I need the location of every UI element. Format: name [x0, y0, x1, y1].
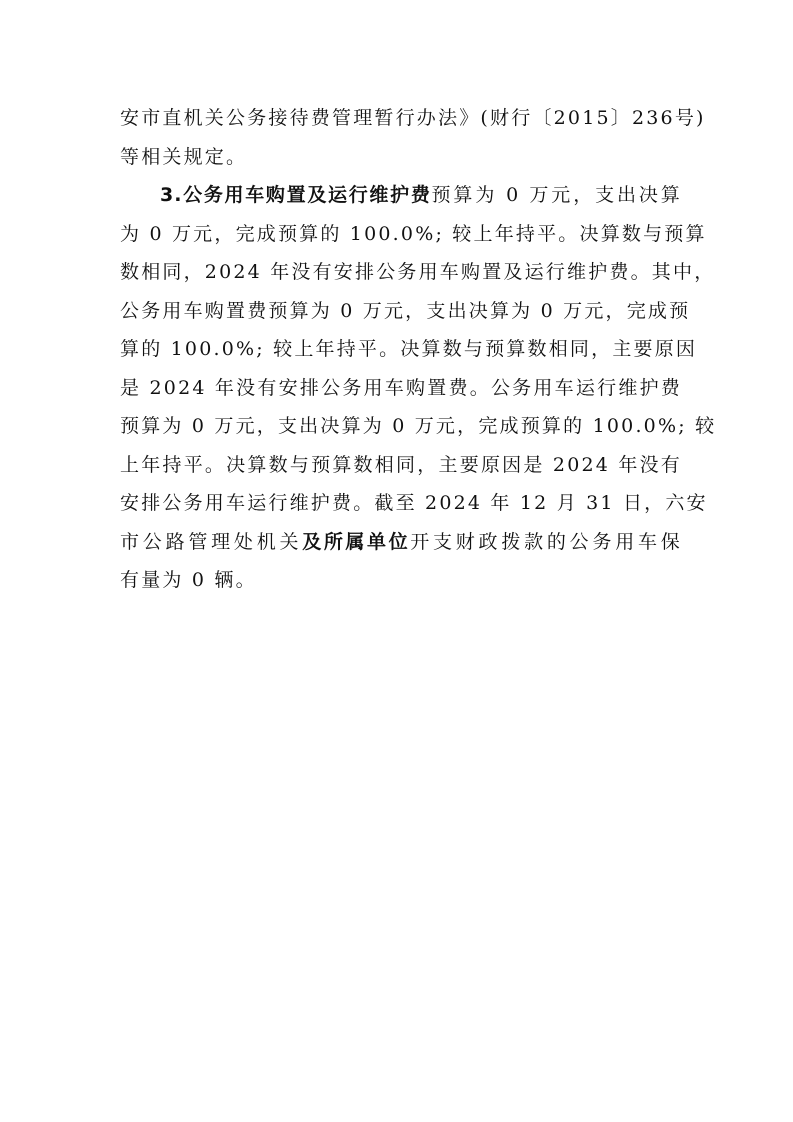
line-text: 开支财政拨款的公务用车保	[410, 531, 682, 553]
text-line-2: 等相关规定。	[120, 138, 682, 177]
line-text: 安排公务用车运行维护费。截至 2024 年 12 月 31 日，六安	[120, 492, 708, 514]
text-line-6: 公务用车购置费预算为 0 万元，支出决算为 0 万元，完成预	[120, 292, 682, 331]
line-text: 预算为 0 万元，支出决算	[432, 184, 682, 206]
line-text: 数相同，2024 年没有安排公务用车购置及运行维护费。其中，	[120, 261, 715, 283]
line-text: 上年持平。决算数与预算数相同，主要原因是 2024 年没有	[120, 454, 682, 476]
text-line-9: 预算为 0 万元，支出决算为 0 万元，完成预算的 100.0%; 较	[120, 407, 682, 446]
text-line-10: 上年持平。决算数与预算数相同，主要原因是 2024 年没有	[120, 446, 682, 485]
line-text: 算的 100.0%; 较上年持平。决算数与预算数相同，主要原因	[120, 338, 697, 360]
text-line-4: 为 0 万元，完成预算的 100.0%; 较上年持平。决算数与预算	[120, 215, 682, 254]
text-line-12: 市公路管理处机关及所属单位开支财政拨款的公务用车保	[120, 523, 682, 562]
text-line-8: 是 2024 年没有安排公务用车购置费。公务用车运行维护费	[120, 369, 682, 408]
text-line-1: 安市直机关公务接待费管理暂行办法》(财行〔2015〕236号)	[120, 99, 682, 138]
line-text: 等相关规定。	[120, 146, 247, 168]
text-line-5: 数相同，2024 年没有安排公务用车购置及运行维护费。其中，	[120, 253, 682, 292]
line-text: 公务用车购置费预算为 0 万元，支出决算为 0 万元，完成预	[120, 300, 690, 322]
text-line-7: 算的 100.0%; 较上年持平。决算数与预算数相同，主要原因	[120, 330, 682, 369]
line-text: 有量为 0 辆。	[120, 569, 257, 591]
text-line-11: 安排公务用车运行维护费。截至 2024 年 12 月 31 日，六安	[120, 484, 682, 523]
line-text: 预算为 0 万元，支出决算为 0 万元，完成预算的 100.0%; 较	[120, 415, 716, 437]
document-body: 安市直机关公务接待费管理暂行办法》(财行〔2015〕236号) 等相关规定。 3…	[120, 99, 682, 600]
emphasis-text: 及所属单位	[302, 531, 410, 553]
section-heading: 3.公务用车购置及运行维护费	[160, 184, 432, 206]
line-text: 市公路管理处机关	[120, 531, 302, 553]
line-text: 是 2024 年没有安排公务用车购置费。公务用车运行维护费	[120, 377, 682, 399]
document-page: 安市直机关公务接待费管理暂行办法》(财行〔2015〕236号) 等相关规定。 3…	[0, 0, 793, 1122]
line-text: 为 0 万元，完成预算的 100.0%; 较上年持平。决算数与预算	[120, 223, 707, 245]
text-line-13: 有量为 0 辆。	[120, 561, 682, 600]
line-text: 安市直机关公务接待费管理暂行办法》(财行〔2015〕236号)	[120, 107, 706, 129]
section-heading-line: 3.公务用车购置及运行维护费预算为 0 万元，支出决算	[120, 176, 682, 215]
